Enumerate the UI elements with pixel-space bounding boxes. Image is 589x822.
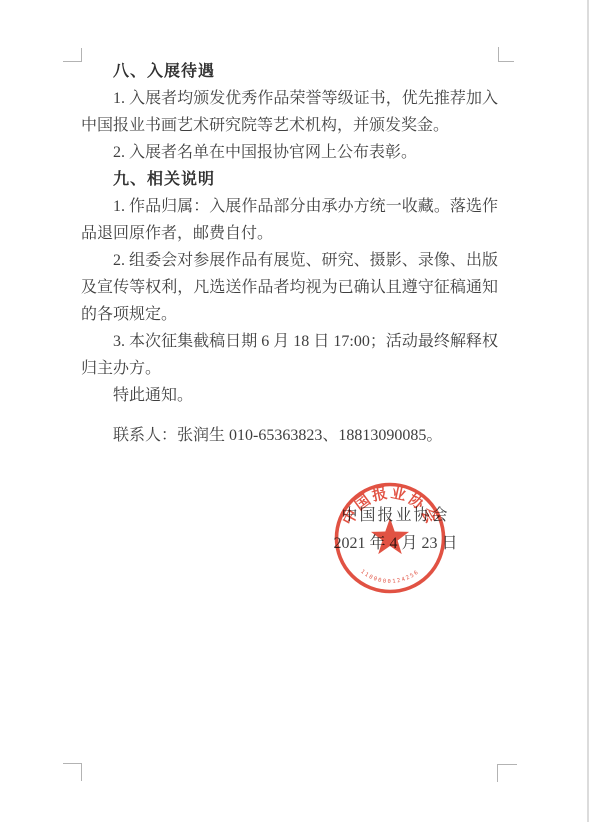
text-line: 的各项规定。 <box>81 301 498 328</box>
text-line: 及宣传等权利，凡选送作品者均视为已确认且遵守征稿通知 <box>81 274 498 301</box>
text-line: 2. 入展者名单在中国报协官网上公布表彰。 <box>81 139 498 166</box>
text-line: 联系人：张润生 010-65363823、18813090085。 <box>81 422 498 449</box>
document-page: 八、入展待遇1. 入展者均颁发优秀作品荣誉等级证书，优先推荐加入中国报业书画艺术… <box>0 0 589 822</box>
svg-text:1100000124256: 1100000124256 <box>359 569 421 585</box>
section-heading: 八、入展待遇 <box>81 58 498 85</box>
text-line: 特此通知。 <box>81 382 498 409</box>
margin-crop-mark-top-right <box>498 47 514 62</box>
margin-crop-mark-bottom-right <box>497 764 517 782</box>
signature-org-name: 中国报业协会 <box>303 502 488 530</box>
text-line: 1. 作品归属：入展作品部分由承办方统一收藏。落选作 <box>81 193 498 220</box>
signature-date: 2021 年 4 月 23 日 <box>303 530 488 558</box>
margin-crop-mark-top-left <box>63 48 82 62</box>
line-spacer <box>81 409 498 422</box>
text-line: 2. 组委会对参展作品有展览、研究、摄影、录像、出版 <box>81 247 498 274</box>
text-line: 3. 本次征集截稿日期 6 月 18 日 17:00；活动最终解释权 <box>81 328 498 355</box>
seal-serial-number: 1100000124256 <box>359 569 421 585</box>
text-line: 1. 入展者均颁发优秀作品荣誉等级证书，优先推荐加入 <box>81 85 498 112</box>
signature-block: 中国报业协会 2021 年 4 月 23 日 <box>303 502 488 558</box>
text-line: 中国报业书画艺术研究院等艺术机构，并颁发奖金。 <box>81 112 498 139</box>
text-line: 品退回原作者，邮费自付。 <box>81 220 498 247</box>
section-heading: 九、相关说明 <box>81 166 498 193</box>
margin-crop-mark-bottom-left <box>63 763 82 781</box>
document-body: 八、入展待遇1. 入展者均颁发优秀作品荣誉等级证书，优先推荐加入中国报业书画艺术… <box>81 58 498 449</box>
text-line: 归主办方。 <box>81 355 498 382</box>
